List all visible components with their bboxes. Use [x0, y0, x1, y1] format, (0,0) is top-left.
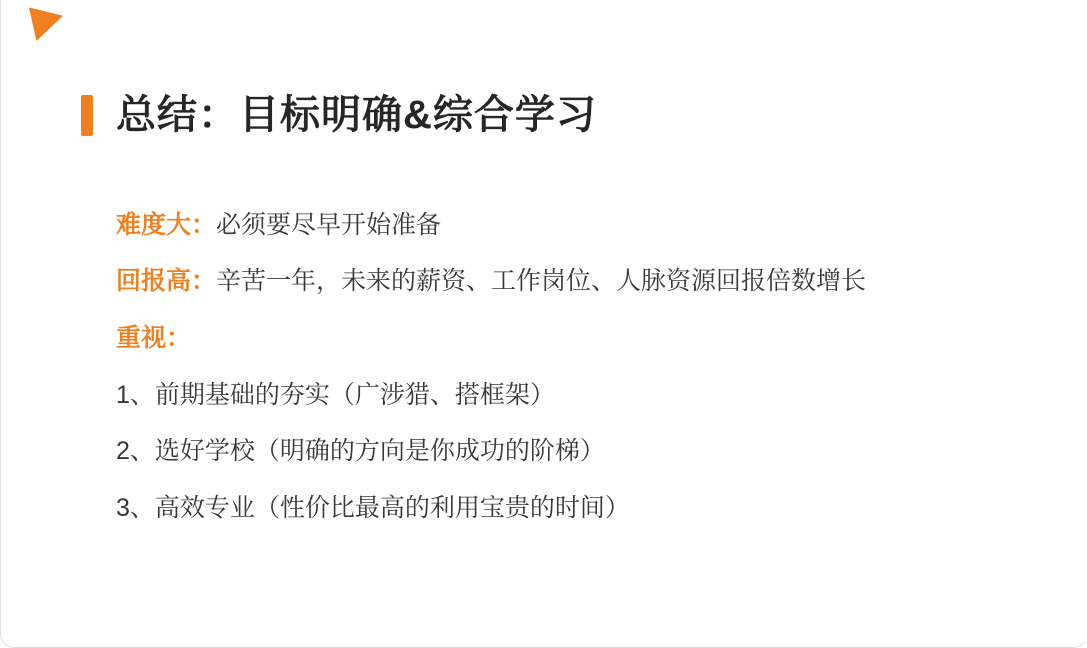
- point-emphasis-label: 重视：: [116, 324, 191, 352]
- point-difficulty-text: 必须要尽早开始准备: [216, 211, 441, 239]
- point-reward-label: 回报高：: [116, 267, 216, 295]
- list-item-3: 3、高效专业（性价比最高的利用宝贵的时间）: [116, 491, 630, 525]
- title-accent-bar: [81, 95, 93, 136]
- point-emphasis: 重视：: [116, 321, 191, 355]
- slide-canvas: 总结：目标明确&综合学习 难度大：必须要尽早开始准备 回报高：辛苦一年，未来的薪…: [0, 0, 1087, 648]
- point-difficulty-label: 难度大：: [116, 211, 216, 239]
- corner-triangle-icon: [29, 6, 63, 41]
- list-item-1: 1、前期基础的夯实（广涉猎、搭框架）: [116, 378, 555, 412]
- list-item-2: 2、选好学校（明确的方向是你成功的阶梯）: [116, 434, 605, 468]
- page-title: 总结：目标明确&综合学习: [116, 93, 597, 137]
- point-difficulty: 难度大：必须要尽早开始准备: [116, 208, 441, 242]
- title-row: 总结：目标明确&综合学习: [81, 93, 597, 137]
- point-reward-text: 辛苦一年，未来的薪资、工作岗位、人脉资源回报倍数增长: [216, 267, 866, 295]
- point-reward: 回报高：辛苦一年，未来的薪资、工作岗位、人脉资源回报倍数增长: [116, 264, 866, 298]
